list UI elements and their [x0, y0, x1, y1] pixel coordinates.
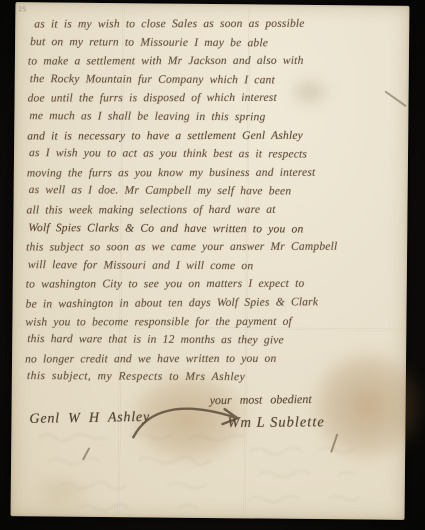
letter-line: will leave for Missouri and I will come …	[28, 256, 401, 277]
letter-photo: 25 as it is my wish to close Sales as so…	[0, 0, 425, 530]
letter-line: be in washington in about ten days Wolf …	[26, 292, 399, 314]
letter-line: doe until the furrs is disposed of which…	[28, 89, 401, 109]
letter-line: as I wish you to act as you think best a…	[29, 144, 402, 165]
letter-paper: 25 as it is my wish to close Sales as so…	[11, 2, 410, 520]
letter-line: wish you to become responsible for the p…	[25, 312, 398, 332]
letter-line: the Rocky Mountain fur Company which I c…	[30, 70, 403, 91]
letter-line: this hard ware that is in 12 months as t…	[27, 330, 400, 351]
letter-line: Wolf Spies Clarks & Co and have written …	[28, 219, 401, 240]
letter-line: me much as I shall be leaving in this sp…	[29, 107, 402, 128]
letter-line: as well as I doe. Mr Campbell my self ha…	[29, 181, 402, 202]
letter-line: no longer credit and we have written to …	[25, 349, 398, 369]
letter-line: to washington City to see you on matters…	[26, 275, 399, 295]
corner-mark: 25	[18, 5, 26, 13]
letter-line: all this week making selections of hard …	[26, 200, 399, 220]
letter-line: this subject, my Respects to Mrs Ashley	[27, 367, 400, 388]
signature: Wm L Sublette	[227, 414, 324, 432]
letter-line: this subject so soon as we came your ans…	[26, 238, 399, 258]
letter-line: moving the furrs as you know my business…	[27, 163, 400, 183]
letter-line: to make a settlement with Mr Jackson and…	[28, 52, 401, 72]
letter-line: as it is my wish to close Sales as soon …	[28, 15, 401, 35]
letter-body: as it is my wish to close Sales as soon …	[25, 13, 402, 388]
letter-line: but on my return to Missourie I may be a…	[30, 33, 403, 54]
letter-line: and it is necessary to have a settlement…	[27, 126, 400, 146]
